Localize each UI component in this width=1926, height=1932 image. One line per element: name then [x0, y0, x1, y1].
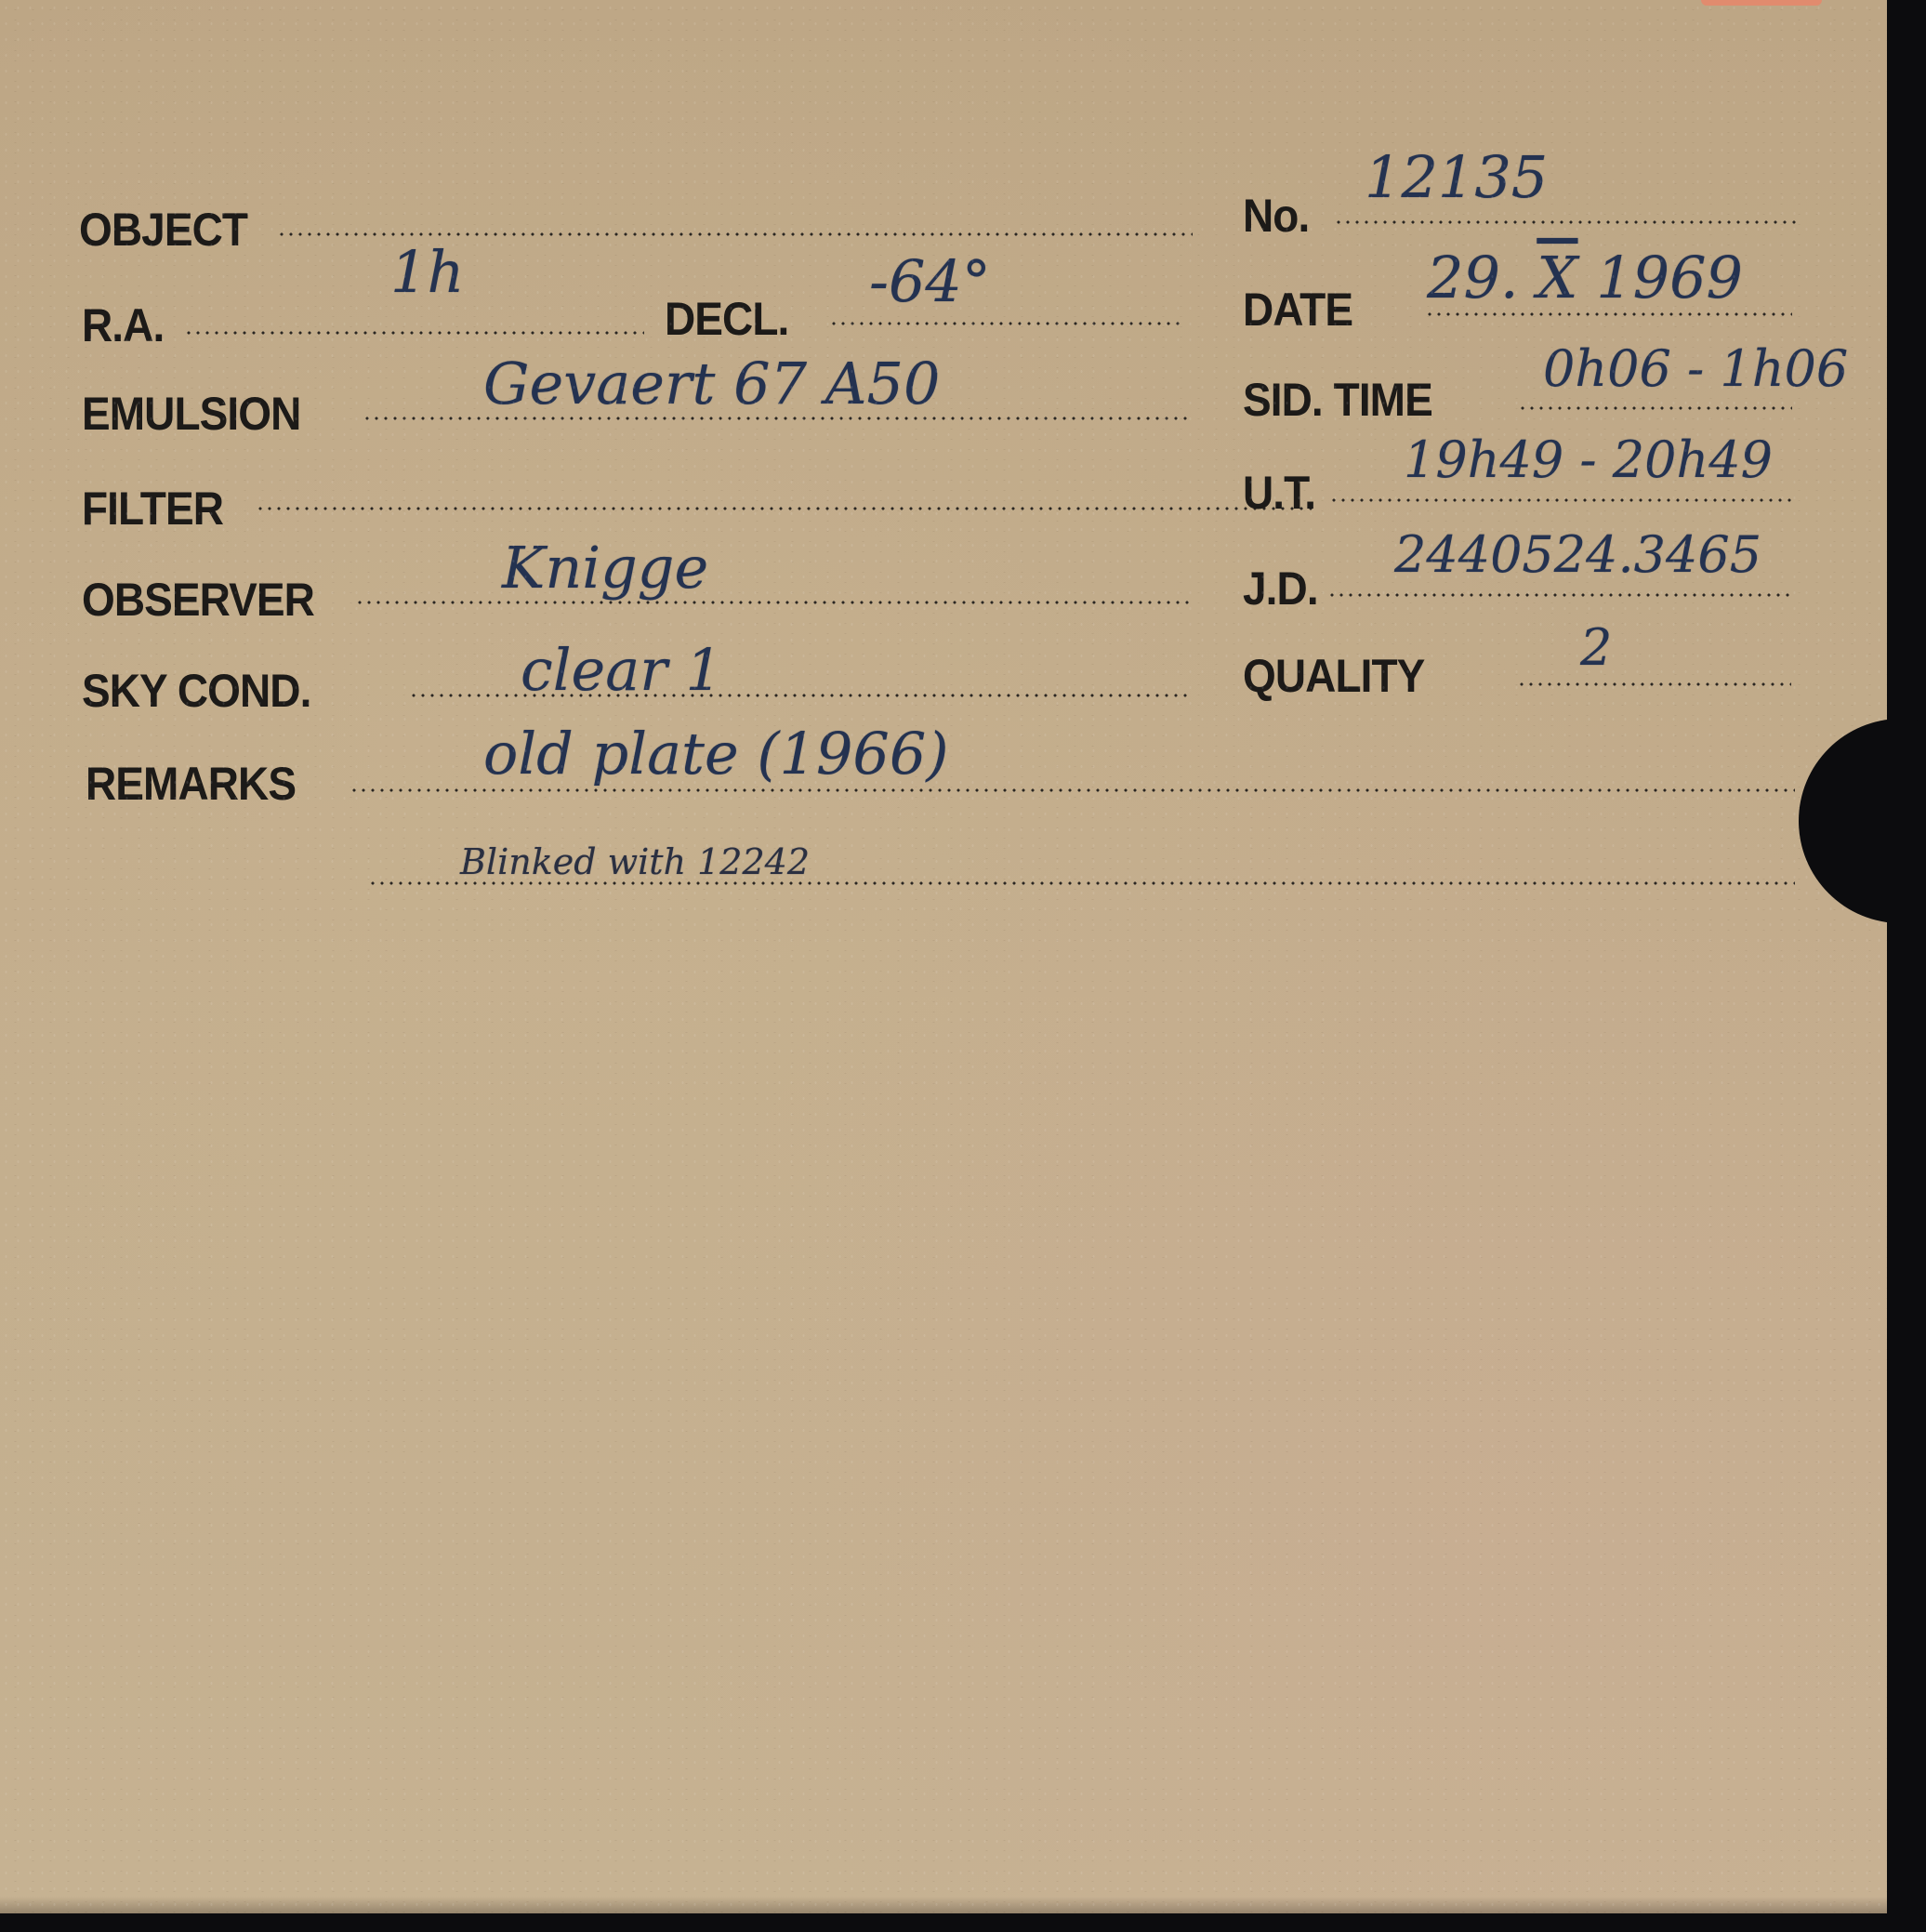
- no-label: No.: [1243, 192, 1309, 239]
- emulsion-label: EMULSION: [82, 390, 300, 437]
- jd-label: J.D.: [1243, 565, 1318, 612]
- jd-value: 2440524.3465: [1394, 530, 1761, 580]
- date-field-line: [1425, 312, 1792, 316]
- emulsion-value: Gevaert 67 A50: [483, 355, 940, 413]
- ut-label: U.T.: [1243, 470, 1315, 516]
- remarks-field-line: [350, 788, 1795, 792]
- object-label: OBJECT: [79, 206, 247, 253]
- quality-field-line: [1517, 682, 1791, 686]
- observer-value: Knigge: [502, 539, 708, 597]
- observer-label: OBSERVER: [82, 576, 314, 623]
- plate-envelope-card: OBJECT R.A. 1h DECL. -64° EMULSION Gevae…: [0, 0, 1887, 1913]
- plate-number-value: 12135: [1365, 149, 1548, 206]
- ut-field-line: [1329, 498, 1794, 502]
- sid-time-value: 0h06 - 1h06: [1543, 344, 1848, 394]
- tape-remnant: [1701, 0, 1822, 6]
- ra-field-line: [184, 331, 644, 335]
- decl-label: DECL.: [665, 296, 788, 342]
- object-field-line: [277, 232, 1193, 236]
- quality-label: QUALITY: [1243, 653, 1424, 699]
- observer-field-line: [355, 601, 1193, 604]
- sid-time-label: SID. TIME: [1243, 377, 1432, 423]
- remarks-value-line-2: Blinked with 12242: [460, 844, 810, 880]
- decl-value: -64°: [869, 253, 991, 311]
- sky-cond-value: clear 1: [521, 642, 722, 699]
- filter-field-line: [256, 507, 1313, 510]
- jd-field-line: [1327, 593, 1792, 597]
- date-value: 29. X 1969: [1427, 249, 1743, 307]
- date-label: DATE: [1243, 286, 1352, 333]
- ut-value: 19h49 - 20h49: [1404, 435, 1773, 485]
- remarks-label: REMARKS: [86, 761, 296, 807]
- date-day: 29.: [1427, 244, 1519, 311]
- filter-label: FILTER: [82, 485, 223, 532]
- date-month: X: [1537, 244, 1577, 311]
- paper-bottom-edge: [0, 1897, 1887, 1913]
- decl-field-line: [829, 322, 1182, 325]
- sky-cond-label: SKY COND.: [82, 668, 310, 714]
- ra-label: R.A.: [82, 302, 164, 349]
- ra-value: 1h: [390, 244, 464, 301]
- date-year: 1969: [1596, 244, 1743, 311]
- quality-value: 2: [1580, 623, 1612, 673]
- sid-time-field-line: [1518, 406, 1792, 410]
- no-field-line: [1334, 220, 1799, 224]
- remarks-value: old plate (1966): [483, 725, 949, 783]
